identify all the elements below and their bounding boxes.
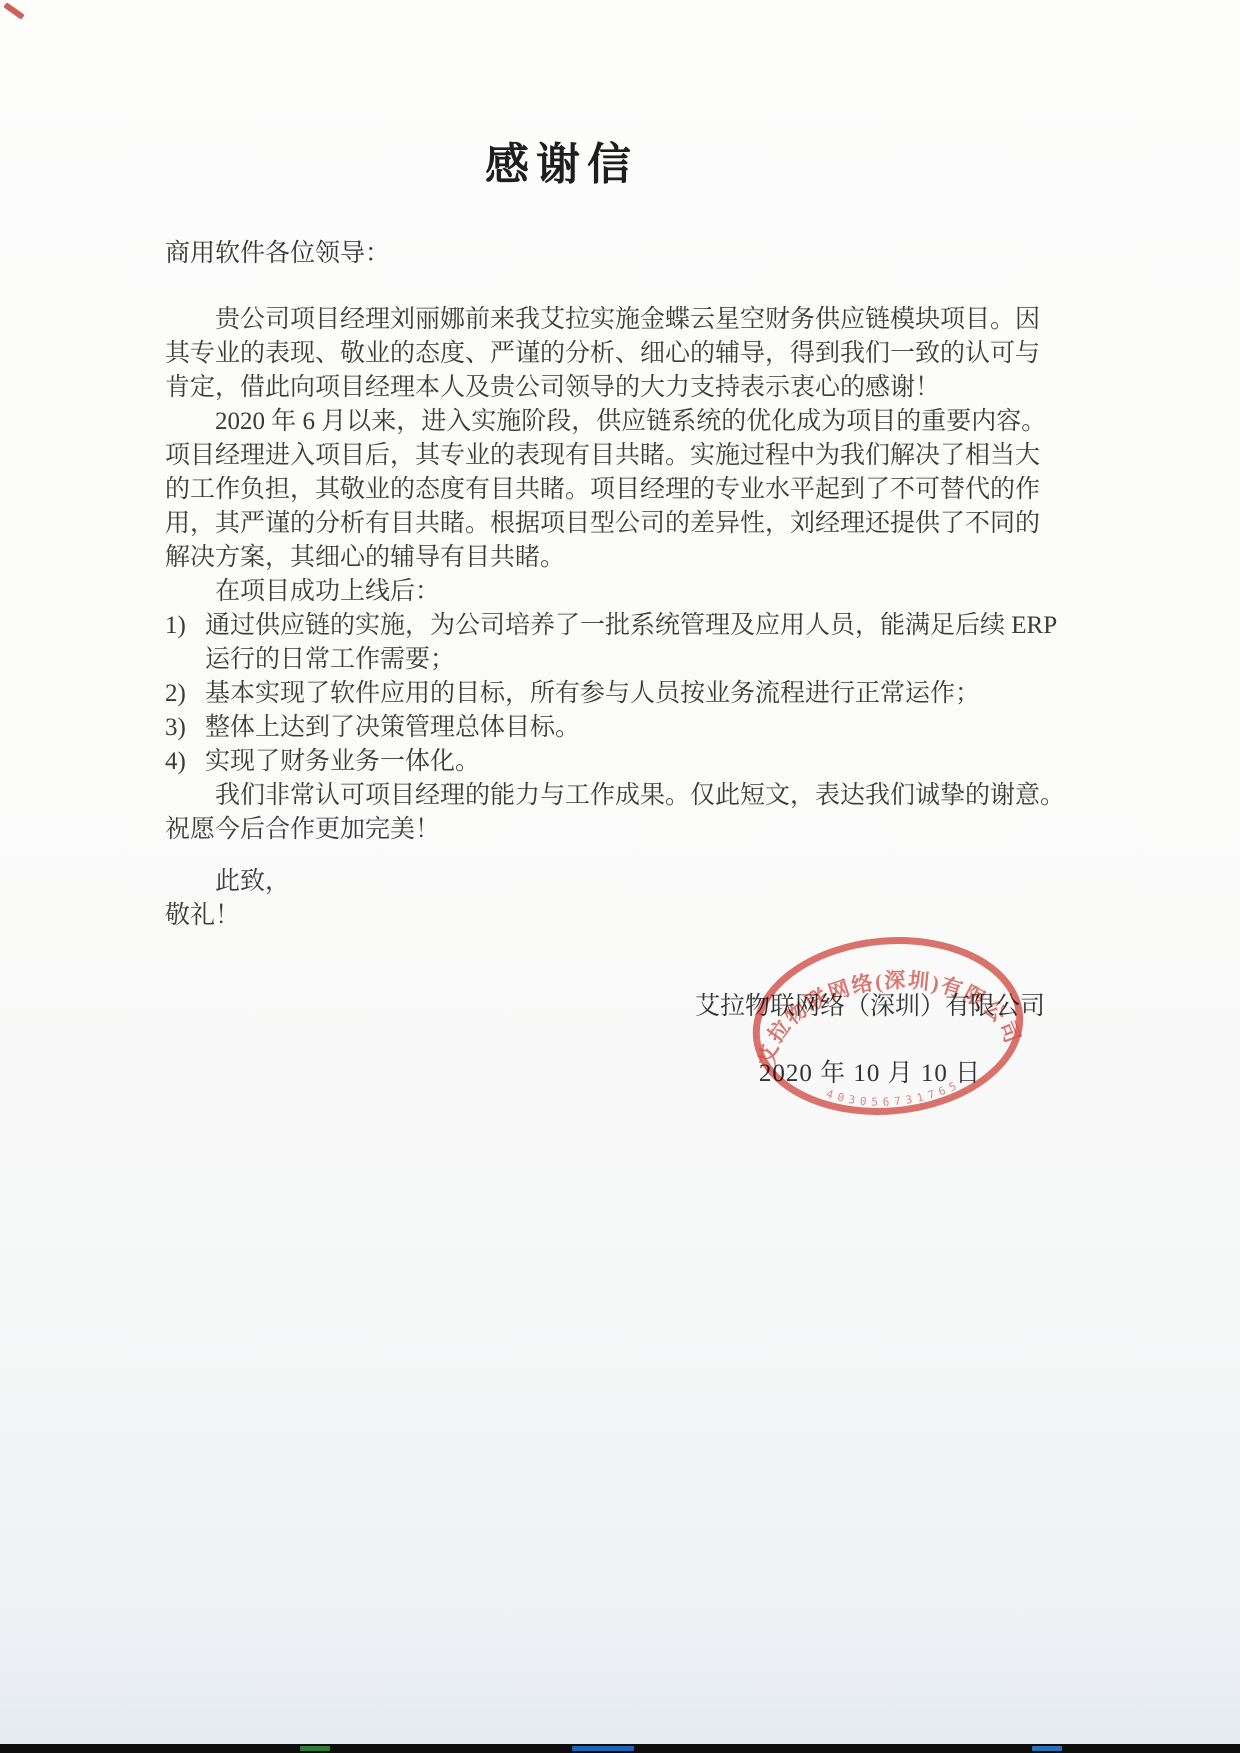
- letter-line: 用，其严谨的分析有目共睹。根据项目型公司的差异性，刘经理还提供了不同的: [165, 507, 1092, 541]
- letter-line: 贵公司项目经理刘丽娜前来我艾拉实施金蝶云星空财务供应链模块项目。因: [165, 303, 1092, 337]
- line-text: 实现了财务业务一体化。: [205, 748, 480, 775]
- scan-artifact-green: [300, 1746, 330, 1751]
- letter-line: 3)整体上达到了决策管理总体目标。: [165, 711, 1092, 745]
- line-text: 整体上达到了决策管理总体目标。: [205, 714, 580, 741]
- line-text: 我们非常认可项目经理的能力与工作成果。仅此短文，表达我们诚挚的谢意。: [215, 782, 1065, 809]
- line-text: 运行的日常工作需要；: [205, 646, 455, 673]
- letter-line: 运行的日常工作需要；: [165, 643, 1092, 677]
- letter-line: 祝愿今后合作更加完美！: [165, 813, 1092, 847]
- line-text: 解决方案，其细心的辅导有目共睹。: [165, 544, 565, 571]
- letter-signoff: 此致， 敬礼！: [165, 865, 1092, 933]
- letter-line: 在项目成功上线后：: [165, 575, 1092, 609]
- letter-line: 的工作负担，其敬业的态度有目共睹。项目经理的专业水平起到了不可替代的作: [165, 473, 1092, 507]
- letter-line: 1)通过供应链的实施，为公司培养了一批系统管理及应用人员，能满足后续 ERP: [165, 609, 1092, 643]
- scan-artifact-blue-1: [572, 1746, 634, 1751]
- list-number: 4): [165, 745, 205, 779]
- letter-line: 2020 年 6 月以来，进入实施阶段，供应链系统的优化成为项目的重要内容。: [165, 405, 1092, 439]
- line-text: 的工作负担，其敬业的态度有目共睹。项目经理的专业水平起到了不可替代的作: [165, 476, 1040, 503]
- list-number: 3): [165, 711, 205, 745]
- line-text: 在项目成功上线后：: [215, 578, 440, 605]
- signature-company-name: 艾拉物联网络（深圳）有限公司: [640, 990, 1100, 1024]
- line-text: 用，其严谨的分析有目共睹。根据项目型公司的差异性，刘经理还提供了不同的: [165, 510, 1040, 537]
- line-text: 基本实现了软件应用的目标，所有参与人员按业务流程进行正常运作；: [205, 680, 980, 707]
- list-number: 2): [165, 677, 205, 711]
- line-text: 2020 年 6 月以来，进入实施阶段，供应链系统的优化成为项目的重要内容。: [215, 408, 1046, 435]
- letter-line: 我们非常认可项目经理的能力与工作成果。仅此短文，表达我们诚挚的谢意。: [165, 779, 1092, 813]
- line-text: 祝愿今后合作更加完美！: [165, 816, 440, 843]
- letter-line: 其专业的表现、敬业的态度、严谨的分析、细心的辅导，得到我们一致的认可与: [165, 337, 1092, 371]
- signature-block: 艾拉物联网络（深圳）有限公司 2020 年 10 月 10 日: [640, 990, 1100, 1091]
- scan-artifact-blue-2: [1032, 1746, 1062, 1751]
- scanned-letter-page: 感谢信 商用软件各位领导： 贵公司项目经理刘丽娜前来我艾拉实施金蝶云星空财务供应…: [0, 0, 1240, 1753]
- letter-line: 4)实现了财务业务一体化。: [165, 745, 1092, 779]
- list-number: 1): [165, 609, 205, 643]
- letter-line: 肯定，借此向项目经理本人及贵公司领导的大力支持表示衷心的感谢！: [165, 371, 1092, 405]
- letter-line: 项目经理进入项目后，其专业的表现有目共睹。实施过程中为我们解决了相当大: [165, 439, 1092, 473]
- letter-line: 2)基本实现了软件应用的目标，所有参与人员按业务流程进行正常运作；: [165, 677, 1092, 711]
- letter-salutation: 商用软件各位领导：: [165, 237, 1092, 271]
- line-text: 项目经理进入项目后，其专业的表现有目共睹。实施过程中为我们解决了相当大: [165, 442, 1040, 469]
- letter-line: 解决方案，其细心的辅导有目共睹。: [165, 541, 1092, 575]
- line-text: 肯定，借此向项目经理本人及贵公司领导的大力支持表示衷心的感谢！: [165, 374, 940, 401]
- letter-title: 感谢信: [98, 137, 1025, 192]
- letter-content: 感谢信 商用软件各位领导： 贵公司项目经理刘丽娜前来我艾拉实施金蝶云星空财务供应…: [0, 0, 1240, 933]
- signoff-cizhi: 此致，: [165, 865, 1092, 899]
- line-text: 其专业的表现、敬业的态度、严谨的分析、细心的辅导，得到我们一致的认可与: [165, 340, 1040, 367]
- signature-date: 2020 年 10 月 10 日: [640, 1057, 1100, 1091]
- letter-body: 贵公司项目经理刘丽娜前来我艾拉实施金蝶云星空财务供应链模块项目。因其专业的表现、…: [165, 303, 1092, 847]
- line-text: 贵公司项目经理刘丽娜前来我艾拉实施金蝶云星空财务供应链模块项目。因: [215, 306, 1040, 333]
- line-text: 通过供应链的实施，为公司培养了一批系统管理及应用人员，能满足后续 ERP: [205, 612, 1057, 639]
- signoff-jingli: 敬礼！: [165, 899, 1092, 933]
- scanner-bottom-edge: [0, 1744, 1240, 1753]
